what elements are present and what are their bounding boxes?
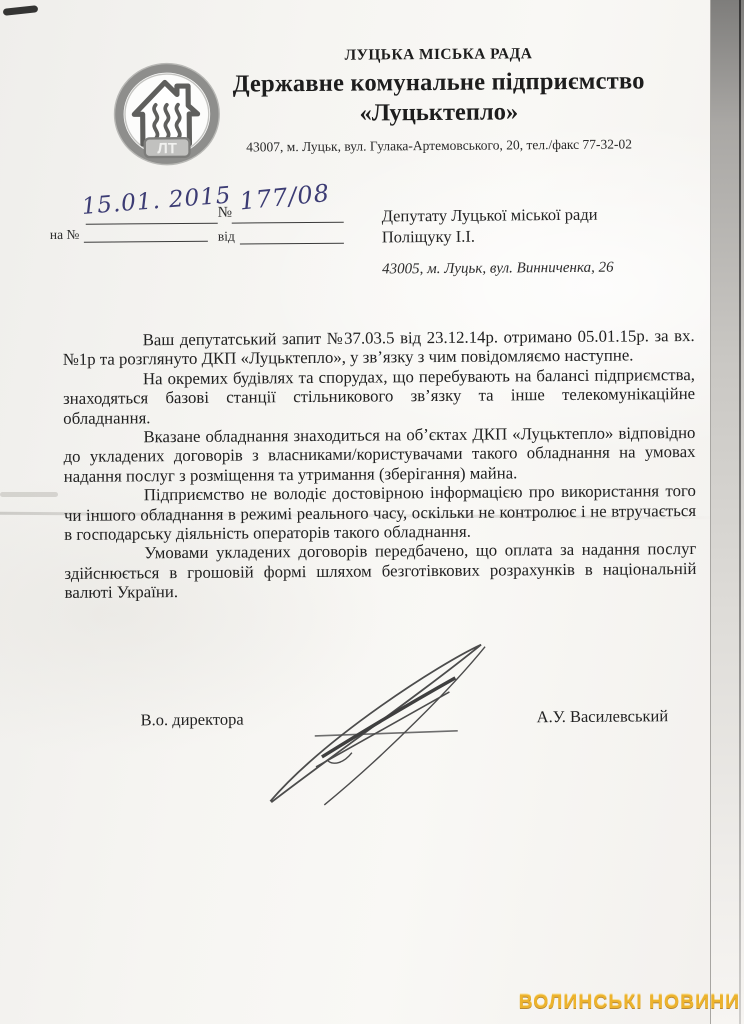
- recipient-name: Поліщуку І.І.: [382, 225, 598, 248]
- paragraph-4: Підприємство не володіє достовірною інфо…: [64, 481, 696, 544]
- paragraph-5: Умовами укладених договорів передбачено,…: [64, 539, 696, 602]
- in-reply-label: на №: [50, 227, 80, 243]
- logo-abbr-text: ЛТ: [157, 141, 177, 157]
- page-edge-shadow: [739, 0, 741, 1024]
- in-reply-underline: [84, 241, 208, 243]
- handwritten-date: 15.01. 2015: [81, 182, 233, 220]
- council-name: ЛУЦЬКА МІСЬКА РАДА: [207, 44, 669, 66]
- from-underline: [240, 243, 344, 245]
- company-address: 43007, м. Луцьк, вул. Гулака-Артемовсько…: [208, 136, 670, 156]
- handwritten-outgoing-number: 177/08: [238, 179, 331, 215]
- news-site-watermark: ВОЛИНСЬКІ НОВИНИ: [519, 992, 740, 1014]
- letter-body: Ваш депутатський запит №37.03.5 від 23.1…: [63, 326, 697, 603]
- company-name-line2: «Луцьктепло»: [208, 97, 670, 129]
- company-name-line1: Державне комунальне підприємство: [208, 67, 670, 99]
- handwritten-signature-icon: [257, 638, 493, 812]
- paragraph-2: На окремих будівлях та спорудах, що пере…: [63, 365, 695, 428]
- signer-name: А.У. Василевський: [537, 706, 669, 727]
- scanned-letter-page: ЛТ ЛУЦЬКА МІСЬКА РАДА Державне комунальн…: [0, 0, 744, 1024]
- lutskteplo-company-logo-icon: ЛТ: [110, 60, 223, 169]
- from-label: від: [218, 229, 235, 245]
- number-underline: [232, 222, 344, 224]
- paragraph-1: Ваш депутатський запит №37.03.5 від 23.1…: [63, 326, 695, 370]
- recipient-address: 43005, м. Луцьк, вул. Винниченка, 26: [382, 260, 614, 279]
- paragraph-3: Вказане обладнання знаходиться на об’єкт…: [63, 423, 695, 486]
- recipient-block: Депутату Луцької міської ради Поліщуку І…: [382, 204, 598, 248]
- letterhead: ЛУЦЬКА МІСЬКА РАДА Державне комунальне п…: [207, 44, 670, 156]
- signer-position: В.о. директора: [141, 710, 244, 731]
- date-underline: [86, 223, 218, 225]
- letter-content: ЛТ ЛУЦЬКА МІСЬКА РАДА Державне комунальн…: [0, 0, 744, 1024]
- number-sign-label: №: [218, 205, 232, 222]
- recipient-title: Депутату Луцької міської ради: [382, 204, 598, 227]
